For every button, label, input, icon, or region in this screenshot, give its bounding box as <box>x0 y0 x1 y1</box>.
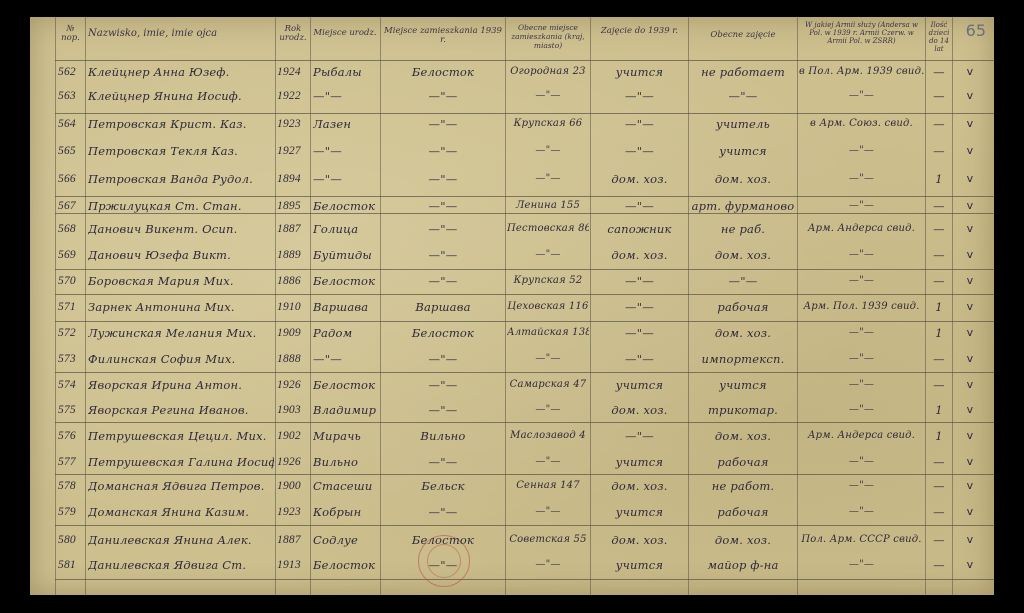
birthplace: Варшава <box>313 300 379 314</box>
check-mark: v <box>960 300 980 314</box>
current-occupation: рабочая <box>690 300 796 314</box>
person-name: Клейцнер Анна Юзеф. <box>88 65 274 79</box>
birth-year: 1913 <box>277 558 310 572</box>
children-count: — <box>926 558 952 572</box>
row-rule <box>55 60 994 61</box>
check-mark: v <box>960 274 980 288</box>
residence-1939: —"— <box>382 248 504 262</box>
row-number: 579 <box>58 505 84 519</box>
row-rule <box>55 294 994 295</box>
residence-1939: —"— <box>382 222 504 236</box>
birthplace: Кобрын <box>313 505 379 519</box>
header-current-address: Obecne miejsce zamieszkania (kraj, miast… <box>507 23 589 50</box>
current-address: Советская 55 <box>507 533 589 547</box>
current-occupation: дом. хоз. <box>690 326 796 340</box>
occupation-1939: дом. хоз. <box>592 403 687 417</box>
row-number: 576 <box>58 429 84 443</box>
row-rule <box>55 213 994 214</box>
residence-1939: —"— <box>382 117 504 131</box>
children-count: — <box>926 89 952 103</box>
check-mark: v <box>960 199 980 213</box>
check-mark: v <box>960 479 980 493</box>
children-count: — <box>926 378 952 392</box>
current-occupation: дом. хоз. <box>690 172 796 186</box>
check-mark: v <box>960 248 980 262</box>
current-occupation: дом. хоз. <box>690 429 796 443</box>
column-rule <box>310 17 311 595</box>
current-occupation: майор ф-на <box>690 558 796 572</box>
occupation-1939: сапожник <box>592 222 687 236</box>
column-rule <box>590 17 591 595</box>
check-mark: v <box>960 403 980 417</box>
row-number: 575 <box>58 403 84 417</box>
children-count: — <box>926 144 952 158</box>
person-name: Данилевская Янина Алек. <box>88 533 274 547</box>
check-mark: v <box>960 558 980 572</box>
row-rule <box>55 372 994 373</box>
register-page: 65 № пор. Nazwisko, imie, imie ojca Rok … <box>30 17 994 595</box>
army-service: —"— <box>799 352 924 366</box>
column-rule <box>797 17 798 595</box>
current-occupation: арт. фурманово <box>690 199 796 213</box>
check-mark: v <box>960 455 980 469</box>
current-address: Крупская 52 <box>507 274 589 288</box>
row-number: 578 <box>58 479 84 493</box>
current-occupation: не работ. <box>690 479 796 493</box>
row-rule <box>55 579 994 580</box>
current-occupation: не работает <box>690 65 796 79</box>
birthplace: Содлуе <box>313 533 379 547</box>
check-mark: v <box>960 352 980 366</box>
birthplace: Белосток <box>313 199 379 213</box>
birthplace: Стасеши <box>313 479 379 493</box>
row-number: 562 <box>58 65 84 79</box>
occupation-1939: —"— <box>592 326 687 340</box>
column-rule <box>85 17 86 595</box>
residence-1939: —"— <box>382 505 504 519</box>
person-name: Петровская Крист. Каз. <box>88 117 274 131</box>
children-count: — <box>926 65 952 79</box>
current-address: Маслозавод 4 <box>507 429 589 443</box>
army-service: —"— <box>799 199 924 213</box>
birthplace: Рыбалы <box>313 65 379 79</box>
current-occupation: трикотар. <box>690 403 796 417</box>
row-number: 566 <box>58 172 84 186</box>
header-birthplace: Miejsce urodz. <box>312 29 378 38</box>
army-service: —"— <box>799 172 924 186</box>
occupation-1939: учится <box>592 505 687 519</box>
row-rule <box>55 422 994 423</box>
person-name: Лужинская Мелания Мих. <box>88 326 274 340</box>
person-name: Данович Юзефа Викт. <box>88 248 274 262</box>
current-occupation: дом. хоз. <box>690 248 796 262</box>
birthplace: Белосток <box>313 274 379 288</box>
residence-1939: Варшава <box>382 300 504 314</box>
army-service: в Арм. Союз. свид. <box>799 117 924 131</box>
army-service: —"— <box>799 89 924 103</box>
birthplace: —"— <box>313 352 379 366</box>
current-address: —"— <box>507 144 589 158</box>
army-service: в Пол. Арм. 1939 свид. <box>799 65 924 79</box>
birth-year: 1903 <box>277 403 310 417</box>
person-name: Петрушевская Галина Иосиф. <box>88 455 274 469</box>
army-service: Арм. Андерса свид. <box>799 429 924 443</box>
occupation-1939: —"— <box>592 274 687 288</box>
birth-year: 1910 <box>277 300 310 314</box>
birthplace: Лазен <box>313 117 379 131</box>
check-mark: v <box>960 429 980 443</box>
current-occupation: не раб. <box>690 222 796 236</box>
army-service: —"— <box>799 144 924 158</box>
birthplace: Владимир <box>313 403 379 417</box>
check-mark: v <box>960 505 980 519</box>
check-mark: v <box>960 65 980 79</box>
person-name: Пржилуцкая Ст. Стан. <box>88 199 274 213</box>
current-occupation: учится <box>690 144 796 158</box>
birthplace: Буйтиды <box>313 248 379 262</box>
header-residence-1939: Miejsce zamieszkania 1939 r. <box>382 27 504 45</box>
army-service: —"— <box>799 479 924 493</box>
column-rule <box>275 17 276 595</box>
children-count: 1 <box>926 300 952 314</box>
residence-1939: —"— <box>382 378 504 392</box>
person-name: Данович Викент. Осип. <box>88 222 274 236</box>
person-name: Данилевская Ядвига Ст. <box>88 558 274 572</box>
row-rule <box>55 269 994 270</box>
children-count: — <box>926 117 952 131</box>
occupation-1939: —"— <box>592 429 687 443</box>
army-service: Пол. Арм. СССР свид. <box>799 533 924 547</box>
children-count: 1 <box>926 429 952 443</box>
row-rule <box>55 196 994 197</box>
birth-year: 1888 <box>277 352 310 366</box>
residence-1939: —"— <box>382 455 504 469</box>
army-service: —"— <box>799 274 924 288</box>
check-mark: v <box>960 117 980 131</box>
birth-year: 1886 <box>277 274 310 288</box>
occupation-1939: —"— <box>592 352 687 366</box>
row-number: 567 <box>58 199 84 213</box>
check-mark: v <box>960 326 980 340</box>
current-address: —"— <box>507 558 589 572</box>
check-mark: v <box>960 533 980 547</box>
row-number: 569 <box>58 248 84 262</box>
children-count: — <box>926 248 952 262</box>
occupation-1939: учится <box>592 455 687 469</box>
header-occupation-1939: Zajęcie do 1939 r. <box>592 27 687 36</box>
birthplace: —"— <box>313 172 379 186</box>
birthplace: Белосток <box>313 558 379 572</box>
current-occupation: —"— <box>690 89 796 103</box>
residence-1939: —"— <box>382 558 504 572</box>
row-number: 580 <box>58 533 84 547</box>
row-number: 574 <box>58 378 84 392</box>
children-count: 1 <box>926 403 952 417</box>
current-address: —"— <box>507 352 589 366</box>
birth-year: 1895 <box>277 199 310 213</box>
row-rule <box>55 321 994 322</box>
current-address: Огородная 23 <box>507 65 589 79</box>
row-number: 581 <box>58 558 84 572</box>
occupation-1939: дом. хоз. <box>592 533 687 547</box>
birth-year: 1926 <box>277 378 310 392</box>
current-occupation: дом. хоз. <box>690 533 796 547</box>
army-service: —"— <box>799 455 924 469</box>
current-address: Цеховская 116 <box>507 300 589 314</box>
check-mark: v <box>960 378 980 392</box>
army-service: —"— <box>799 248 924 262</box>
check-mark: v <box>960 222 980 236</box>
header-nr: № пор. <box>57 25 84 43</box>
current-address: —"— <box>507 455 589 469</box>
residence-1939: —"— <box>382 403 504 417</box>
children-count: — <box>926 274 952 288</box>
children-count: — <box>926 352 952 366</box>
person-name: Боровская Мария Мих. <box>88 274 274 288</box>
current-address: Ленина 155 <box>507 199 589 213</box>
residence-1939: Бельск <box>382 479 504 493</box>
residence-1939: Вильно <box>382 429 504 443</box>
current-address: —"— <box>507 403 589 417</box>
children-count: — <box>926 479 952 493</box>
current-address: Самарская 47 <box>507 378 589 392</box>
current-occupation: учится <box>690 378 796 392</box>
occupation-1939: учится <box>592 65 687 79</box>
occupation-1939: дом. хоз. <box>592 479 687 493</box>
children-count: 1 <box>926 172 952 186</box>
header-current-occupation: Obecne zajęcie <box>690 31 796 40</box>
birth-year: 1923 <box>277 505 310 519</box>
army-service: —"— <box>799 505 924 519</box>
current-address: —"— <box>507 89 589 103</box>
page-number: 65 <box>966 21 986 40</box>
birthplace: Вильно <box>313 455 379 469</box>
column-rule <box>505 17 506 595</box>
birth-year: 1887 <box>277 222 310 236</box>
birthplace: Радом <box>313 326 379 340</box>
occupation-1939: учится <box>592 378 687 392</box>
person-name: Доманская Янина Казим. <box>88 505 274 519</box>
residence-1939: —"— <box>382 199 504 213</box>
occupation-1939: —"— <box>592 199 687 213</box>
birthplace: —"— <box>313 89 379 103</box>
check-mark: v <box>960 144 980 158</box>
person-name: Клейцнер Янина Иосиф. <box>88 89 274 103</box>
column-rule <box>380 17 381 595</box>
current-address: —"— <box>507 248 589 262</box>
residence-1939: —"— <box>382 352 504 366</box>
header-year: Rok urodz. <box>276 25 310 43</box>
children-count: — <box>926 505 952 519</box>
occupation-1939: —"— <box>592 117 687 131</box>
check-mark: v <box>960 172 980 186</box>
children-count: — <box>926 222 952 236</box>
children-count: — <box>926 199 952 213</box>
row-number: 572 <box>58 326 84 340</box>
residence-1939: Белосток <box>382 326 504 340</box>
person-name: Петровская Текля Каз. <box>88 144 274 158</box>
person-name: Яворская Ирина Антон. <box>88 378 274 392</box>
birth-year: 1924 <box>277 65 310 79</box>
current-occupation: учитель <box>690 117 796 131</box>
row-rule <box>55 525 994 526</box>
army-service: Арм. Пол. 1939 свид. <box>799 300 924 314</box>
occupation-1939: дом. хоз. <box>592 248 687 262</box>
birthplace: —"— <box>313 144 379 158</box>
residence-1939: —"— <box>382 172 504 186</box>
occupation-1939: дом. хоз. <box>592 172 687 186</box>
header-children: Ilość dzieci do 14 lat <box>926 21 952 53</box>
person-name: Домансная Ядвига Петров. <box>88 479 274 493</box>
occupation-1939: —"— <box>592 144 687 158</box>
current-address: Сенная 147 <box>507 479 589 493</box>
current-address: —"— <box>507 172 589 186</box>
header-name: Nazwisko, imie, imie ojca <box>88 29 273 38</box>
row-number: 570 <box>58 274 84 288</box>
row-rule <box>55 474 994 475</box>
residence-1939: —"— <box>382 144 504 158</box>
residence-1939: —"— <box>382 274 504 288</box>
current-occupation: импортексп. <box>690 352 796 366</box>
occupation-1939: —"— <box>592 300 687 314</box>
row-number: 564 <box>58 117 84 131</box>
army-service: —"— <box>799 326 924 340</box>
column-rule <box>952 17 953 595</box>
row-number: 563 <box>58 89 84 103</box>
person-name: Филинская София Мих. <box>88 352 274 366</box>
current-address: Крупская 66 <box>507 117 589 131</box>
residence-1939: Белосток <box>382 533 504 547</box>
row-number: 573 <box>58 352 84 366</box>
birth-year: 1927 <box>277 144 310 158</box>
current-address: Алтайская 138 <box>507 326 589 340</box>
children-count: — <box>926 533 952 547</box>
children-count: — <box>926 455 952 469</box>
birth-year: 1894 <box>277 172 310 186</box>
current-address: —"— <box>507 505 589 519</box>
army-service: Арм. Андерса свид. <box>799 222 924 236</box>
army-service: —"— <box>799 403 924 417</box>
army-service: —"— <box>799 378 924 392</box>
person-name: Яворская Регина Иванов. <box>88 403 274 417</box>
children-count: 1 <box>926 326 952 340</box>
birth-year: 1923 <box>277 117 310 131</box>
person-name: Петрушевская Цецил. Мих. <box>88 429 274 443</box>
current-occupation: рабочая <box>690 455 796 469</box>
row-number: 568 <box>58 222 84 236</box>
current-occupation: —"— <box>690 274 796 288</box>
birth-year: 1922 <box>277 89 310 103</box>
current-occupation: рабочая <box>690 505 796 519</box>
row-number: 577 <box>58 455 84 469</box>
birth-year: 1889 <box>277 248 310 262</box>
birthplace: Голица <box>313 222 379 236</box>
birthplace: Белосток <box>313 378 379 392</box>
birth-year: 1909 <box>277 326 310 340</box>
row-number: 571 <box>58 300 84 314</box>
row-number: 565 <box>58 144 84 158</box>
birth-year: 1900 <box>277 479 310 493</box>
person-name: Зарнек Антонина Мих. <box>88 300 274 314</box>
person-name: Петровская Ванда Рудол. <box>88 172 274 186</box>
header-army: W jakiej Armii służy (Andersa w Pol. w 1… <box>799 21 924 45</box>
current-address: Пестовская 86 <box>507 222 589 236</box>
column-rule <box>55 17 56 595</box>
occupation-1939: учится <box>592 558 687 572</box>
row-rule <box>55 113 994 114</box>
occupation-1939: —"— <box>592 89 687 103</box>
birth-year: 1902 <box>277 429 310 443</box>
residence-1939: Белосток <box>382 65 504 79</box>
army-service: —"— <box>799 558 924 572</box>
birthplace: Мирачь <box>313 429 379 443</box>
birth-year: 1887 <box>277 533 310 547</box>
check-mark: v <box>960 89 980 103</box>
birth-year: 1926 <box>277 455 310 469</box>
residence-1939: —"— <box>382 89 504 103</box>
column-rule <box>688 17 689 595</box>
